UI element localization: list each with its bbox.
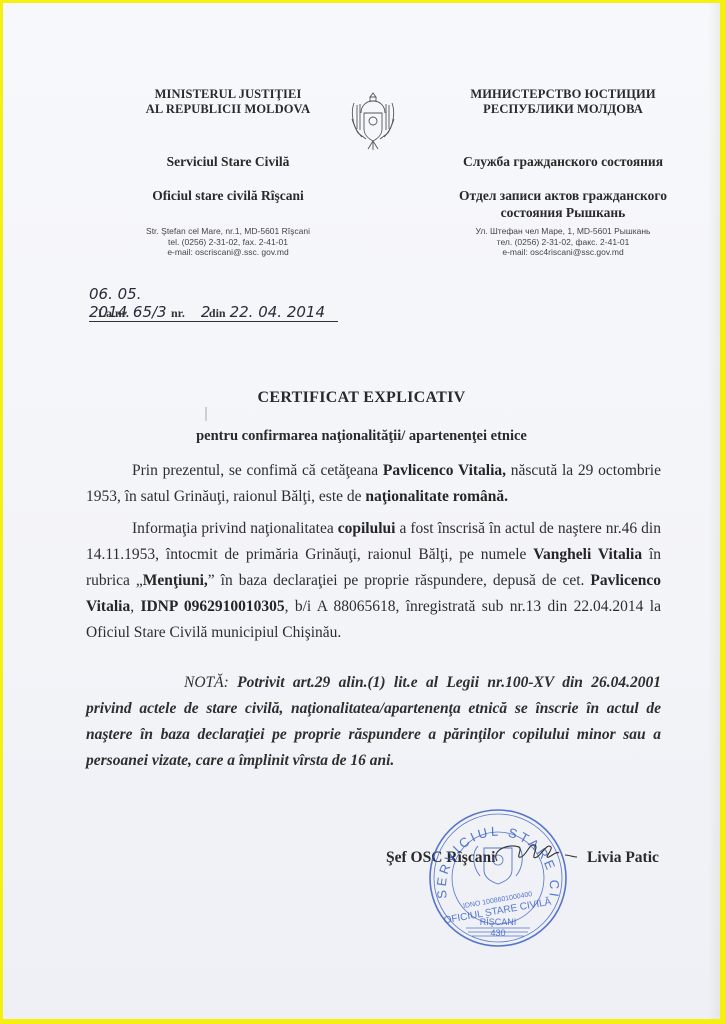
office-ru-line1: Отдел записи актов гражданского [423, 187, 703, 204]
ministry-ru-line1: МИНИСТЕРСТВО ЮСТИЦИИ [423, 87, 703, 102]
office-ro: Oficiul stare civilă Rîşcani [98, 187, 358, 204]
ministry-ru-line2: РЕСПУБЛИКИ МОЛДОВА [423, 102, 703, 117]
ministry-ro: MINISTERUL JUSTIŢIEI AL REPUBLICII MOLDO… [98, 87, 358, 117]
birth-name: Vangheli Vitalia [533, 546, 642, 563]
moldova-coat-of-arms-icon [348, 89, 398, 151]
p2-text-5: , [130, 598, 140, 615]
legal-note: NOTĂ: Potrivit art.29 alin.(1) lit.e al … [86, 670, 661, 774]
paragraph-2: Informaţia privind naţionalitatea copilu… [86, 516, 661, 646]
contact-ro: Str. Ştefan cel Mare, nr.1, MD-5601 Rîşc… [98, 226, 358, 258]
office-ru-line2: состояния Рышкань [423, 204, 703, 221]
address-ru: Ул. Штефан чел Маре, 1, MD-5601 Рышкань [423, 226, 703, 237]
phone-ro: tel. (0256) 2-31-02, fax. 2-41-01 [98, 237, 358, 248]
document-title: CERTIFICAT EXPLICATIV [3, 389, 720, 407]
ministry-ru: МИНИСТЕРСТВО ЮСТИЦИИ РЕСПУБЛИКИ МОЛДОВА [423, 87, 703, 117]
idnp: IDNP 0962910010305 [140, 598, 284, 615]
paragraph-1: Prin prezentul, se confimă că cetăţeana … [86, 458, 661, 510]
incoming-number: 65/3 [133, 303, 205, 322]
service-ro: Serviciul Stare Civilă [98, 153, 358, 170]
ministry-ro-line1: MINISTERUL JUSTIŢIEI [98, 87, 358, 102]
scan-mark [205, 407, 207, 421]
office-ru: Отдел записи актов гражданского состояни… [423, 187, 703, 221]
paper-fold-shadow [708, 3, 720, 1019]
official-stamp-icon: SERVICIUL STARE CIVILĂ IDNO 100860100040… [426, 806, 570, 948]
handwritten-signature-icon [491, 839, 581, 869]
p1-text: Prin prezentul, se confimă că cetăţeana [132, 462, 383, 479]
citizen-name: Pavlicenco Vitalia, [383, 462, 506, 479]
p2-text-4: ” în baza declaraţiei pe proprie răspund… [208, 572, 591, 589]
phone-ru: тел. (0256) 2-31-02, факс. 2-41-01 [423, 237, 703, 248]
service-ru: Служба гражданского состояния [423, 153, 703, 170]
note-text: Potrivit art.29 alin.(1) lit.e al Legii … [86, 674, 661, 769]
p2-child: copilului [338, 520, 396, 537]
document-page: MINISTERUL JUSTIŢIEI AL REPUBLICII MOLDO… [3, 3, 720, 1019]
email-ru: e-mail: osc4riscani@ssc.gov.md [423, 247, 703, 258]
ministry-ro-line2: AL REPUBLICII MOLDOVA [98, 102, 358, 117]
nationality: naţionalitate română. [365, 488, 508, 505]
contact-ru: Ул. Штефан чел Маре, 1, MD-5601 Рышкань … [423, 226, 703, 258]
din-label: din [209, 306, 226, 320]
reference-line-2: La nr. 65/3 din 22. 04. 2014 [98, 303, 338, 322]
signatory-name: Livia Patic [587, 849, 659, 867]
svg-text:430: 430 [490, 928, 505, 938]
p2-text: Informaţia privind naţionalitatea [132, 520, 338, 537]
email-ro: e-mail: oscriscani@.ssc. gov.md [98, 247, 358, 258]
svg-text:RÎŞCANI: RÎŞCANI [480, 917, 517, 927]
section-mentiuni: Menţiuni, [143, 572, 208, 589]
address-ro: Str. Ştefan cel Mare, nr.1, MD-5601 Rîşc… [98, 226, 358, 237]
document-subtitle: pentru confirmarea naţionalităţii/ apart… [3, 428, 720, 445]
note-label: NOTĂ: [184, 674, 229, 691]
incoming-date: 22. 04. 2014 [230, 303, 338, 322]
la-nr-label: La nr. [98, 306, 129, 320]
